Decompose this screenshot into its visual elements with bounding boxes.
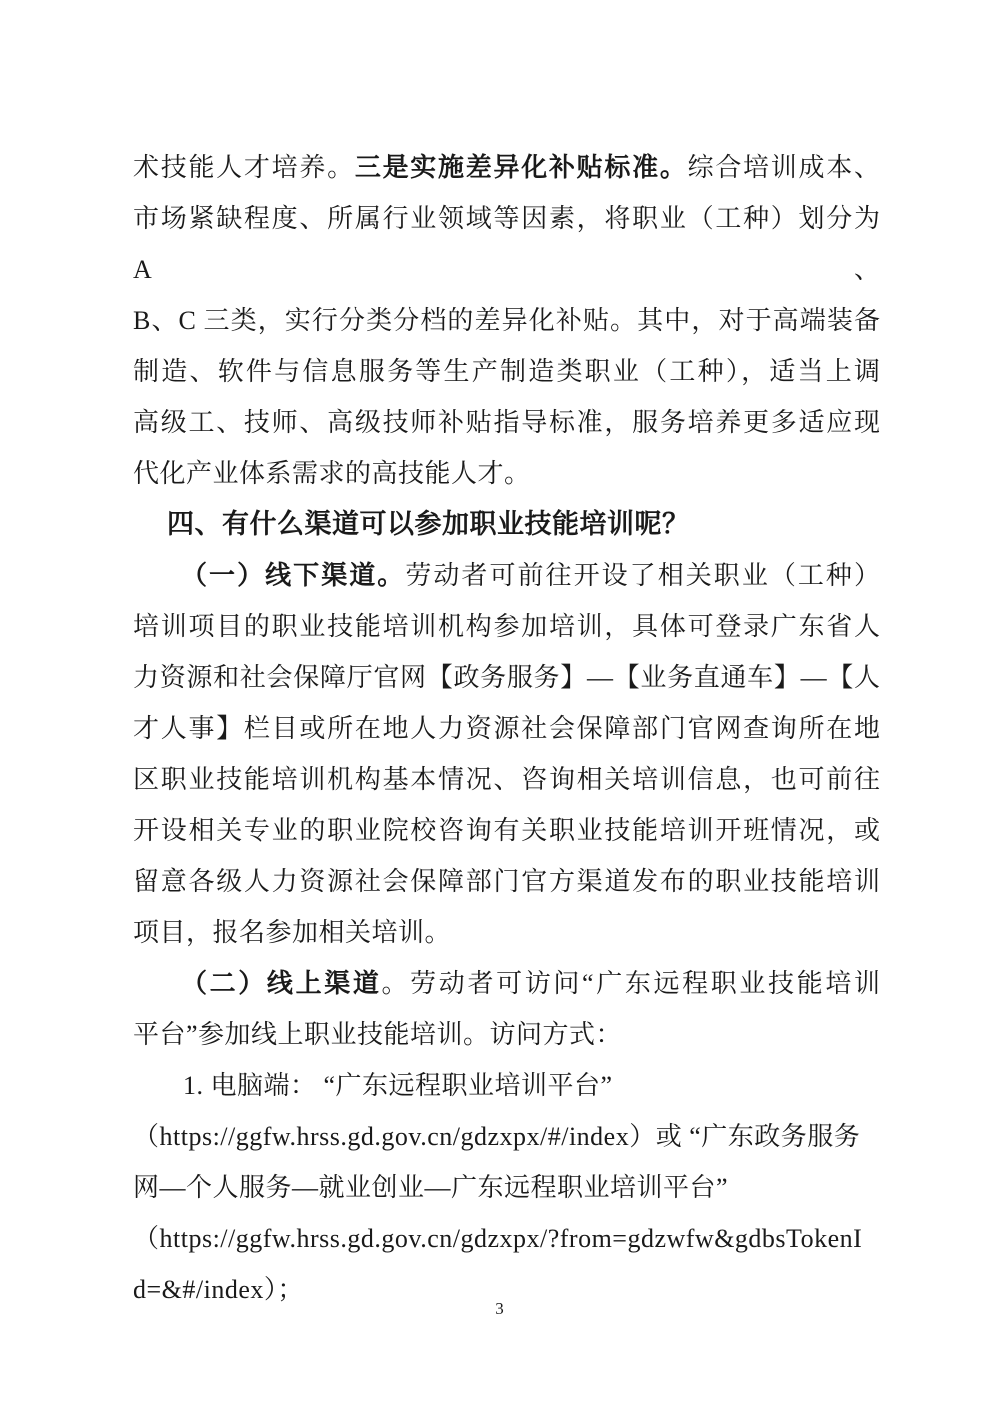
bold-text-run: （二）线上渠道 [181,969,382,998]
text-line: 1. 电脑端： “广东远程职业培训平台” [133,1060,880,1111]
text-run: 1. 电脑端： “广东远程职业培训平台” [183,1071,613,1100]
text-line: 平台”参加线上职业技能培训。访问方式： [133,1009,880,1060]
text-run: 综合培训成本、 [688,153,880,182]
text-run: 培训项目的职业技能培训机构参加培训，具体可登录广东省人 [133,612,880,641]
text-run: B、C 三类，实行分类分档的差异化补贴。其中，对于高端装备 [133,306,880,335]
text-line: 市场紧缺程度、所属行业领域等因素，将职业（工种）划分为 A、 [133,193,880,295]
text-run: 劳动者可前往开设了相关职业（工种） [405,561,880,590]
text-run: 制造、软件与信息服务等生产制造类职业（工种），适当上调 [133,357,880,386]
text-run: 才人事】栏目或所在地人力资源社会保障部门官网查询所在地 [133,714,880,743]
text-line: B、C 三类，实行分类分档的差异化补贴。其中，对于高端装备 [133,295,880,346]
page: 术技能人才培养。三是实施差异化补贴标准。综合培训成本、市场紧缺程度、所属行业领域… [0,0,999,1413]
text-line: 代化产业体系需求的高技能人才。 [133,448,880,499]
text-run: 代化产业体系需求的高技能人才。 [133,459,531,488]
text-line: 术技能人才培养。三是实施差异化补贴标准。综合培训成本、 [133,142,880,193]
text-line: （一）线下渠道。劳动者可前往开设了相关职业（工种） [133,550,880,601]
text-line: 制造、软件与信息服务等生产制造类职业（工种），适当上调 [133,346,880,397]
text-line: 区职业技能培训机构基本情况、咨询相关培训信息，也可前往 [133,754,880,805]
text-run: 平台”参加线上职业技能培训。访问方式： [133,1020,622,1049]
text-line: 力资源和社会保障厅官网【政务服务】—【业务直通车】—【人 [133,652,880,703]
text-line: （https://ggfw.hrss.gd.gov.cn/gdzxpx/?fro… [133,1213,880,1264]
text-run: 留意各级人力资源社会保障部门官方渠道发布的职业技能培训 [133,867,880,896]
text-line: 培训项目的职业技能培训机构参加培训，具体可登录广东省人 [133,601,880,652]
text-line: 留意各级人力资源社会保障部门官方渠道发布的职业技能培训 [133,856,880,907]
text-line: 网—个人服务—就业创业—广东远程职业培训平台” [133,1162,880,1213]
bold-text-run: （一）线下渠道。 [181,561,405,590]
text-line: （二）线上渠道。劳动者可访问“广东远程职业技能培训 [133,958,880,1009]
bold-text-run: 四、有什么渠道可以参加职业技能培训呢？ [167,509,690,539]
text-run: 区职业技能培训机构基本情况、咨询相关培训信息，也可前往 [133,765,880,794]
text-run: 术技能人才培养。 [133,153,355,182]
text-run: 。劳动者可访问“广东远程职业技能培训 [382,969,880,998]
document-body: 术技能人才培养。三是实施差异化补贴标准。综合培训成本、市场紧缺程度、所属行业领域… [133,142,880,1315]
text-line: 才人事】栏目或所在地人力资源社会保障部门官网查询所在地 [133,703,880,754]
text-run: （https://ggfw.hrss.gd.gov.cn/gdzxpx/?fro… [133,1224,862,1253]
bold-text-run: 三是实施差异化补贴标准。 [355,153,688,182]
text-run: 高级工、技师、高级技师补贴指导标准，服务培养更多适应现 [133,408,880,437]
text-run: （https://ggfw.hrss.gd.gov.cn/gdzxpx/#/in… [133,1122,860,1151]
text-run: 开设相关专业的职业院校咨询有关职业技能培训开班情况，或 [133,816,880,845]
text-line: （https://ggfw.hrss.gd.gov.cn/gdzxpx/#/in… [133,1111,880,1162]
text-run: 市场紧缺程度、所属行业领域等因素，将职业（工种）划分为 A、 [133,204,880,284]
page-footer: 3 [0,1298,999,1320]
section-heading: 四、有什么渠道可以参加职业技能培训呢？ [133,499,880,550]
text-run: 网—个人服务—就业创业—广东远程职业培训平台” [133,1173,728,1202]
page-number: 3 [495,1299,504,1318]
text-line: 高级工、技师、高级技师补贴指导标准，服务培养更多适应现 [133,397,880,448]
text-line: 项目，报名参加相关培训。 [133,907,880,958]
text-run: 项目，报名参加相关培训。 [133,918,451,947]
text-line: 开设相关专业的职业院校咨询有关职业技能培训开班情况，或 [133,805,880,856]
text-run: 力资源和社会保障厅官网【政务服务】—【业务直通车】—【人 [133,663,880,692]
